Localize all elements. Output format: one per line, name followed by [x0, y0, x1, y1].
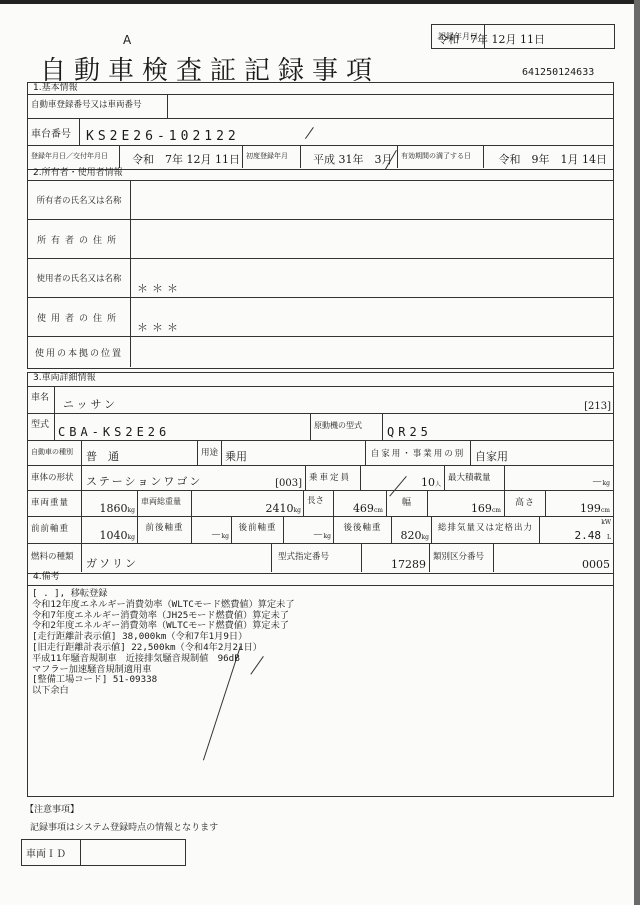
user-name-value: ＊＊＊ [131, 259, 613, 297]
width-value: 169cm [428, 491, 505, 516]
model-value: CBA-KS2E26 [55, 414, 311, 440]
fr-axle-value: －kg [192, 517, 232, 543]
user-address-label: 使用者の住所 [28, 298, 131, 336]
expiry-value: 令和 9年 1月 14日 [484, 146, 613, 168]
private-label: 自家用・事業用の別 [366, 441, 471, 465]
fuel-value: ガソリン [82, 544, 272, 572]
length-label: 長さ [304, 491, 334, 516]
owner-address-label: 所有者の住所 [28, 220, 131, 258]
capacity-label: 乗車定員 [306, 466, 361, 490]
purpose-value: 乗用 [222, 441, 366, 465]
weight-label: 車両重量 [28, 491, 82, 516]
vehicle-id-box: 車両ＩＤ [21, 839, 186, 866]
remark-line: 平成11年騒音規制車 近接排気騒音規制値 96dB [32, 654, 609, 665]
ff-axle-label: 前前軸重 [28, 517, 82, 543]
fuel-label: 燃料の種類 [28, 544, 82, 572]
width-label: 幅 [387, 491, 428, 516]
user-address-value: ＊＊＊ [131, 298, 613, 336]
record-date-value: 令和 7年 12月 11日 [432, 31, 545, 47]
record-date-box: 記録年月日 令和 7年 12月 11日 [431, 24, 615, 49]
kind-label: 自動車の種別 [28, 441, 82, 465]
type-designation-label: 型式指定番号 [272, 544, 362, 572]
rf-axle-value: －kg [284, 517, 334, 543]
user-name-label: 使用者の氏名又は名称 [28, 259, 131, 297]
owner-address-value [131, 220, 613, 258]
displacement-label: 総排気量又は定格出力 [432, 517, 540, 543]
reg-number-label: 自動車登録番号又は車両番号 [28, 95, 168, 118]
form-mark: A [123, 33, 131, 47]
max-load-label: 最大積載量 [445, 466, 505, 490]
section-title-basic: 1.基本情報 [28, 83, 78, 94]
gross-weight-label: 車両総重量 [138, 491, 192, 516]
chassis-value: KS2E26-102122 [80, 119, 613, 145]
category-value: 0005 [494, 544, 613, 572]
owner-info-section: 2.所有者・使用者情報 所有者の氏名又は名称 所有者の住所 使用者の氏名又は名称… [27, 168, 614, 369]
remark-line: 以下余白 [32, 686, 609, 697]
document-number: 641250124633 [522, 67, 594, 78]
engine-value: QR25 [383, 414, 613, 440]
purpose-label: 用途 [198, 441, 222, 465]
body-value: ステーションワゴン [003] [82, 466, 306, 490]
kind-value: 普 通 [82, 441, 198, 465]
max-load-value: －kg [505, 466, 613, 490]
make-value: ニッサン [213] [55, 387, 613, 413]
rr-axle-label: 後後軸重 [334, 517, 392, 543]
owner-name-label: 所有者の氏名又は名称 [28, 181, 131, 219]
first-reg-value: 平成 31年 3月 [301, 146, 398, 168]
ff-axle-value: 1040kg [82, 517, 138, 543]
issue-date-value: 令和 7年 12月 11日 [120, 146, 243, 168]
owner-name-value [131, 181, 613, 219]
reg-number-value [168, 95, 613, 118]
displacement-value: kW 2.48 L [540, 517, 613, 543]
engine-label: 原動機の型式 [311, 414, 383, 440]
notes-body: 記録事項はシステム登録時点の情報となります [30, 820, 218, 833]
vehicle-info-section: 3.車両詳細情報 車名 ニッサン [213] 型式 CBA-KS2E26 原動機… [27, 372, 614, 574]
section-title-remarks: 4.備考 [28, 572, 60, 585]
base-location-value [131, 337, 613, 367]
rf-axle-label: 後前軸重 [232, 517, 284, 543]
length-value: 469cm [334, 491, 387, 516]
remarks-list: [ . ], 移転登録令和12年度エネルギー消費効率（WLTCモード燃費値）算定… [28, 586, 613, 700]
weight-value: 1860kg [82, 491, 138, 516]
chassis-label: 車台番号 [28, 119, 80, 145]
scan-right-edge [634, 0, 640, 905]
body-label: 車体の形状 [28, 466, 82, 490]
fr-axle-label: 前後軸重 [138, 517, 192, 543]
type-designation-value: 17289 [362, 544, 430, 572]
notes-heading: 【注意事項】 [25, 802, 79, 815]
gross-weight-value: 2410kg [192, 491, 304, 516]
height-value: 199cm [546, 491, 613, 516]
remarks-section: 4.備考 [ . ], 移転登録令和12年度エネルギー消費効率（WLTCモード燃… [27, 572, 614, 797]
make-code: [213] [584, 401, 611, 412]
section-title-owner: 2.所有者・使用者情報 [28, 168, 123, 180]
scan-top-edge [0, 0, 640, 4]
private-value: 自家用 [471, 441, 613, 465]
issue-date-label: 登録年月日／交付年月日 [28, 146, 120, 168]
remark-line: 令和12年度エネルギー消費効率（WLTCモード燃費値）算定未了 [32, 600, 609, 611]
height-label: 高さ [505, 491, 546, 516]
base-location-label: 使用の本拠の位置 [28, 337, 131, 367]
section-title-vehicle: 3.車両詳細情報 [28, 373, 96, 386]
vehicle-id-value [81, 840, 185, 865]
model-label: 型式 [28, 414, 55, 440]
category-label: 類別区分番号 [430, 544, 494, 572]
first-reg-label: 初度登録年月 [243, 146, 301, 168]
basic-info-section: 1.基本情報 自動車登録番号又は車両番号 車台番号 KS2E26-102122 … [27, 82, 614, 170]
remark-line: [整備工場コード] 51-09338 [32, 675, 609, 686]
vehicle-id-label: 車両ＩＤ [22, 840, 81, 865]
expiry-label: 有効期間の満了する日 [398, 146, 484, 168]
rr-axle-value: 820kg [392, 517, 432, 543]
make-label: 車名 [28, 387, 55, 413]
body-code: [003] [275, 478, 302, 489]
